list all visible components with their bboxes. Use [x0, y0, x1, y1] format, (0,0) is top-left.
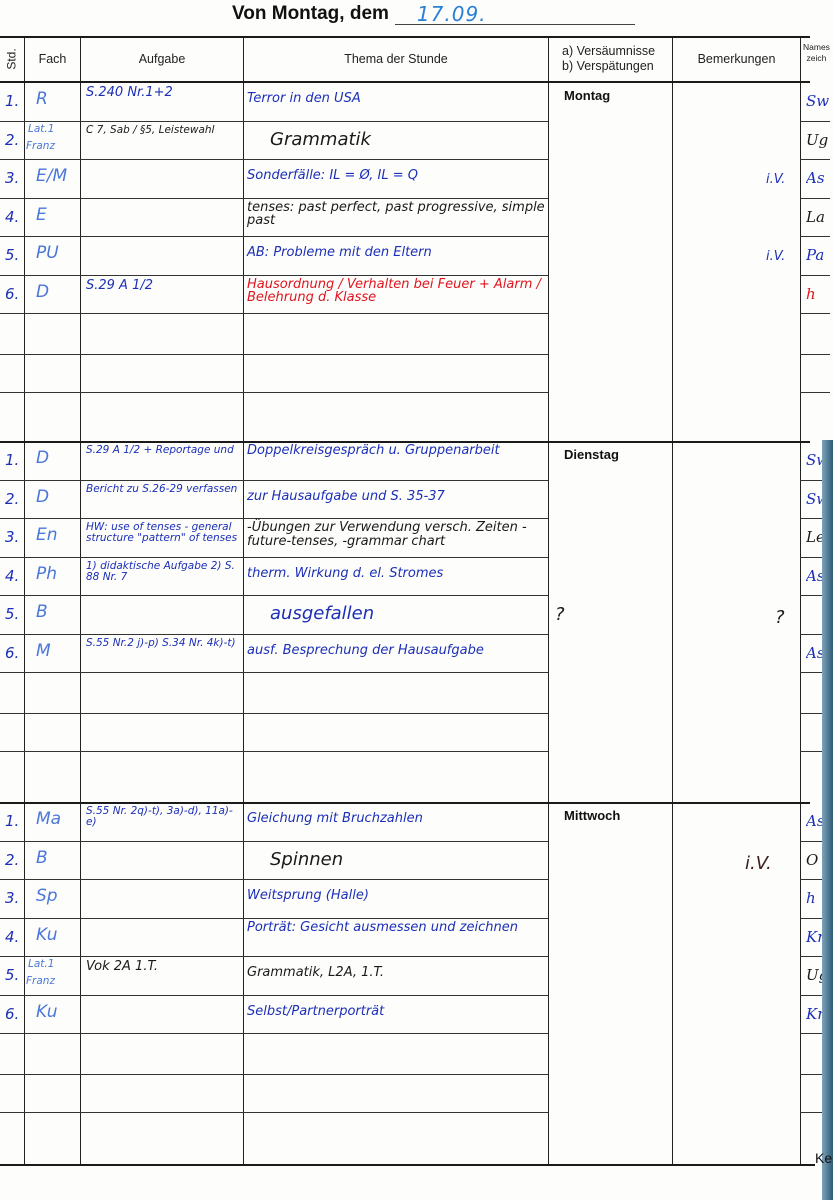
- row-divider: [0, 313, 548, 314]
- assignment-cell[interactable]: 1) didaktische Aufgabe 2) S. 88 Nr. 7: [86, 561, 241, 583]
- topic-cell[interactable]: Grammatik, L2A, 1.T.: [247, 966, 545, 980]
- row-divider: [0, 236, 548, 237]
- subject-cell[interactable]: M: [36, 643, 51, 661]
- row-divider: [0, 634, 548, 635]
- assignment-cell[interactable]: S.29 A 1/2 + Reportage und: [86, 445, 241, 456]
- lesson-number: 5.: [5, 968, 19, 984]
- subject-cell[interactable]: Ku: [36, 1004, 57, 1022]
- topic-cell[interactable]: Weitsprung (Halle): [247, 889, 545, 903]
- topic-cell[interactable]: ausgefallen: [270, 605, 568, 624]
- row-divider: [0, 1074, 548, 1075]
- assignment-cell[interactable]: HW: use of tenses - general structure "p…: [86, 522, 241, 544]
- row-divider: [0, 918, 548, 919]
- subject-cell[interactable]: Franz: [26, 976, 55, 987]
- lesson-number: 3.: [5, 530, 19, 546]
- remark-cell[interactable]: ?: [775, 609, 785, 628]
- subject-cell[interactable]: Lat.1: [28, 959, 54, 970]
- row-divider: [0, 159, 548, 160]
- topic-cell[interactable]: Spinnen: [270, 851, 568, 870]
- row-divider: [0, 841, 548, 842]
- assignment-cell[interactable]: Bericht zu S.26-29 verfassen: [86, 484, 241, 495]
- row-divider: [800, 159, 830, 160]
- topic-cell[interactable]: Gleichung mit Bruchzahlen: [247, 812, 545, 826]
- col-divider: [243, 36, 244, 1166]
- row-divider: [0, 480, 548, 481]
- subject-cell[interactable]: Ku: [36, 927, 57, 945]
- day-label-montag: Montag: [564, 88, 610, 103]
- topic-cell[interactable]: AB: Probleme mit den Eltern: [247, 246, 545, 260]
- header-thema: Thema der Stunde: [244, 36, 548, 82]
- lesson-number: 1.: [5, 814, 19, 830]
- row-divider: [0, 995, 548, 996]
- assignment-cell[interactable]: S.55 Nr.2 j)-p) S.34 Nr. 4k)-t): [86, 638, 241, 649]
- subject-cell[interactable]: D: [36, 450, 49, 468]
- lesson-number: 4.: [5, 210, 19, 226]
- subject-cell[interactable]: E: [36, 207, 47, 225]
- lesson-number: 2.: [5, 853, 19, 869]
- subject-cell[interactable]: E/M: [36, 168, 67, 186]
- row-divider: [0, 354, 548, 355]
- assignment-cell[interactable]: Vok 2A 1.T.: [86, 960, 241, 974]
- date-field[interactable]: 17.09.: [395, 2, 635, 25]
- topic-cell[interactable]: therm. Wirkung d. el. Stromes: [247, 567, 545, 581]
- row-divider: [0, 275, 548, 276]
- row-divider: [0, 956, 548, 957]
- lesson-number: 6.: [5, 1007, 19, 1023]
- subject-cell[interactable]: D: [36, 489, 49, 507]
- day-label-dienstag: Dienstag: [564, 447, 619, 462]
- topic-cell[interactable]: Doppelkreisgespräch u. Gruppenarbeit: [247, 444, 545, 458]
- row-divider: [0, 1112, 548, 1113]
- teacher-signature: Sw: [806, 92, 833, 110]
- row-divider: [800, 392, 830, 393]
- remark-cell[interactable]: i.V.: [766, 250, 785, 264]
- remark-cell[interactable]: i.V.: [745, 855, 772, 874]
- row-divider: [800, 121, 830, 122]
- row-divider: [0, 518, 548, 519]
- assignment-cell[interactable]: C 7, Sab / §5, Leistewahl: [86, 125, 241, 136]
- lesson-number: 5.: [5, 248, 19, 264]
- day-label-mittwoch: Mittwoch: [564, 808, 620, 823]
- row-divider: [800, 354, 830, 355]
- subject-cell[interactable]: Sp: [36, 888, 58, 906]
- row-divider: [0, 751, 548, 752]
- col-divider: [672, 36, 673, 1166]
- subject-cell[interactable]: Franz: [26, 141, 55, 152]
- teacher-signature: As: [806, 169, 833, 187]
- header-bemerkungen: Bemerkungen: [673, 36, 800, 82]
- remark-cell[interactable]: i.V.: [766, 173, 785, 187]
- topic-cell[interactable]: Terror in den USA: [247, 92, 545, 106]
- subject-cell[interactable]: Ph: [36, 566, 57, 584]
- header-aufgabe: Aufgabe: [81, 36, 243, 82]
- row-divider: [800, 275, 830, 276]
- topic-cell[interactable]: -Übungen zur Verwendung versch. Zeiten -…: [247, 521, 545, 548]
- lesson-number: 4.: [5, 569, 19, 585]
- lesson-number: 6.: [5, 287, 19, 303]
- table-bottom-border: [0, 1164, 815, 1166]
- col-divider: [800, 36, 801, 1166]
- row-divider: [0, 198, 548, 199]
- subject-cell[interactable]: B: [36, 850, 48, 868]
- header-bottom-border: [0, 81, 810, 83]
- row-divider: [800, 236, 830, 237]
- row-divider: [0, 121, 548, 122]
- row-divider: [800, 198, 830, 199]
- row-divider: [0, 879, 548, 880]
- lesson-number: 1.: [5, 94, 19, 110]
- header-fach: Fach: [25, 36, 80, 82]
- lesson-number: 3.: [5, 891, 19, 907]
- topic-cell[interactable]: Selbst/Partnerporträt: [247, 1005, 545, 1019]
- header-versaeumnisse: a) Versäumnisse b) Verspätungen: [562, 36, 672, 82]
- assignment-cell[interactable]: S.55 Nr. 2q)-t), 3a)-d), 11a)-e): [86, 806, 241, 828]
- row-divider: [0, 1033, 548, 1034]
- subject-cell[interactable]: PU: [36, 245, 59, 263]
- col-divider: [24, 36, 25, 1166]
- topic-cell[interactable]: Sonderfälle: IL = Ø, IL = Q: [247, 169, 545, 183]
- lesson-number: 5.: [5, 607, 19, 623]
- teacher-signature: La: [806, 208, 833, 226]
- row-divider: [0, 595, 548, 596]
- topic-cell[interactable]: tenses: past perfect, past progressive, …: [247, 201, 545, 228]
- lesson-number: 4.: [5, 930, 19, 946]
- teacher-signature: Ug: [806, 131, 833, 149]
- lesson-number: 6.: [5, 646, 19, 662]
- assignment-cell[interactable]: S.240 Nr.1+2: [86, 86, 241, 100]
- page-title: Von Montag, dem 17.09.: [232, 2, 635, 25]
- row-divider: [0, 557, 548, 558]
- col-divider: [548, 36, 549, 1166]
- topic-cell[interactable]: Grammatik: [270, 131, 568, 150]
- date-value: 17.09.: [417, 2, 487, 26]
- teacher-signature: Pa: [806, 246, 833, 264]
- topic-cell[interactable]: ausf. Besprechung der Hausaufgabe: [247, 644, 545, 658]
- subject-cell[interactable]: B: [36, 604, 48, 622]
- binding-edge: [822, 440, 833, 1200]
- title-text: Von Montag, dem: [232, 3, 389, 25]
- subject-cell[interactable]: D: [36, 284, 49, 302]
- row-divider: [0, 672, 548, 673]
- topic-cell[interactable]: zur Hausaufgabe und S. 35-37: [247, 490, 545, 504]
- subject-cell[interactable]: R: [36, 91, 48, 109]
- row-divider: [0, 713, 548, 714]
- header-std: Std.: [0, 36, 24, 82]
- row-divider: [800, 313, 830, 314]
- lesson-number: 1.: [5, 453, 19, 469]
- subject-cell[interactable]: En: [36, 527, 58, 545]
- lesson-number: 2.: [5, 492, 19, 508]
- col-divider: [80, 36, 81, 1166]
- subject-cell[interactable]: Ma: [36, 811, 61, 829]
- topic-cell[interactable]: Porträt: Gesicht ausmessen und zeichnen: [247, 921, 545, 935]
- subject-cell[interactable]: Lat.1: [28, 124, 54, 135]
- lesson-number: 2.: [5, 133, 19, 149]
- row-divider: [0, 392, 548, 393]
- lesson-number: 3.: [5, 171, 19, 187]
- assignment-cell[interactable]: S.29 A 1/2: [86, 279, 241, 293]
- footer-corner-text: Ke: [815, 1150, 832, 1166]
- day-divider: [0, 802, 810, 804]
- topic-cell[interactable]: Hausordnung / Verhalten bei Feuer + Alar…: [247, 278, 545, 305]
- class-register-table: Std. Fach Aufgabe Thema der Stunde a) Ve…: [0, 36, 833, 1166]
- teacher-signature: h: [806, 285, 833, 303]
